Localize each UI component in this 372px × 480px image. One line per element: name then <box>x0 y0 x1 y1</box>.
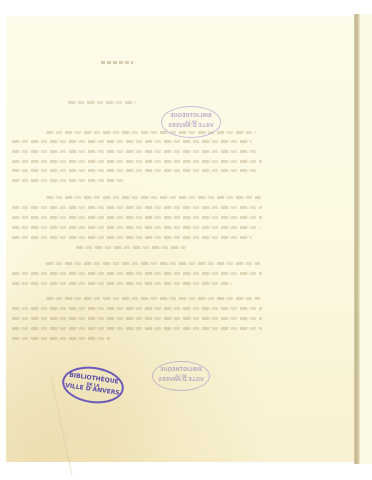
stamp-line: VILLE D'ANVERS <box>158 378 204 384</box>
stamp-line: VILLE D'ANVERS <box>168 124 214 130</box>
text-line <box>12 236 252 239</box>
text-line <box>12 216 262 219</box>
text-line <box>12 169 257 172</box>
text-line <box>12 179 124 182</box>
handwriting-bleed-through <box>6 16 354 462</box>
text-line <box>46 196 261 199</box>
text-line <box>12 226 260 229</box>
stamp-line: VILLE D'ANVERS <box>65 383 120 397</box>
text-line <box>12 206 262 209</box>
text-line <box>12 307 262 310</box>
text-line <box>12 150 257 153</box>
text-line <box>12 337 110 340</box>
salutation-line <box>68 101 136 104</box>
text-line <box>46 131 256 134</box>
text-line <box>12 282 232 285</box>
text-line <box>46 262 260 265</box>
text-line <box>12 140 252 143</box>
text-line <box>76 246 186 249</box>
library-stamp-bleed-bottom: BIBLIOTHÈQUE DE LA VILLE D'ANVERS <box>152 361 210 391</box>
library-stamp-bleed-top: BIBLIOTHÈQUE DE LA VILLE D'ANVERS <box>161 106 221 138</box>
text-line <box>46 297 260 300</box>
text-line <box>12 160 262 163</box>
text-line <box>12 327 262 330</box>
text-line <box>12 317 262 320</box>
adjacent-page-edge <box>360 14 372 464</box>
letter-page: BIBLIOTHÈQUE DE LA VILLE D'ANVERS BIBLIO… <box>6 16 354 462</box>
text-line <box>12 272 262 275</box>
